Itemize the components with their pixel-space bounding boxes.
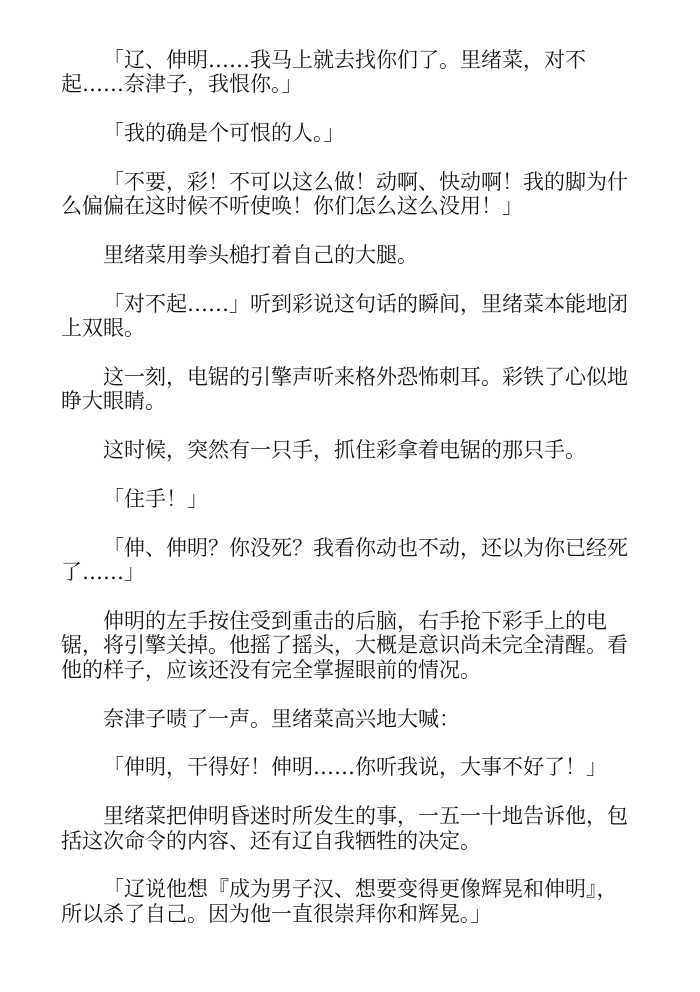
text-line: 「伸、伸明？你没死？我看你动也不动，还以为你已经死 bbox=[61, 536, 661, 560]
paragraph-dialogue: 「辽、伸明……我马上就去找你们了。里绪菜，对不 起……奈津子，我恨你。」 bbox=[61, 48, 661, 97]
paragraph-narration: 里绪菜把伸明昏迷时所发生的事，一五一十地告诉他，包 括这次命令的内容、还有辽自我… bbox=[61, 804, 661, 853]
text-line: 起……奈津子，我恨你。」 bbox=[61, 72, 661, 96]
text-line: 「不要，彩！不可以这么做！动啊、快动啊！我的脚为什 bbox=[61, 170, 661, 194]
paragraph-dialogue: 「不要，彩！不可以这么做！动啊、快动啊！我的脚为什 么偏偏在这时候不听使唤！你们… bbox=[61, 170, 661, 219]
text-line: 「辽说他想『成为男子汉、想要变得更像辉晃和伸明』， bbox=[61, 877, 661, 901]
paragraph-dialogue: 「我的确是个可恨的人。」 bbox=[61, 121, 661, 145]
document-page: 「辽、伸明……我马上就去找你们了。里绪菜，对不 起……奈津子，我恨你。」 「我的… bbox=[61, 48, 661, 950]
text-line: 括这次命令的内容、还有辽自我牺牲的决定。 bbox=[61, 829, 661, 853]
text-line: 伸明的左手按住受到重击的后脑，右手抢下彩手上的电 bbox=[61, 609, 661, 633]
text-line: 里绪菜用拳头槌打着自己的大腿。 bbox=[61, 243, 661, 267]
paragraph-dialogue: 「伸、伸明？你没死？我看你动也不动，还以为你已经死 了……」 bbox=[61, 536, 661, 585]
paragraph-mixed: 「对不起……」听到彩说这句话的瞬间，里绪菜本能地闭 上双眼。 bbox=[61, 292, 661, 341]
paragraph-narration: 奈津子啧了一声。里绪菜高兴地大喊： bbox=[61, 707, 661, 731]
paragraph-dialogue: 「住手！」 bbox=[61, 487, 661, 511]
paragraph-narration: 伸明的左手按住受到重击的后脑，右手抢下彩手上的电 锯，将引擎关掉。他摇了摇头，大… bbox=[61, 609, 661, 682]
text-line: 「对不起……」听到彩说这句话的瞬间，里绪菜本能地闭 bbox=[61, 292, 661, 316]
text-line: 这一刻，电锯的引擎声听来格外恐怖刺耳。彩铁了心似地 bbox=[61, 365, 661, 389]
text-line: 「住手！」 bbox=[61, 487, 661, 511]
text-line: 奈津子啧了一声。里绪菜高兴地大喊： bbox=[61, 707, 661, 731]
text-line: 睁大眼睛。 bbox=[61, 389, 661, 413]
text-line: 里绪菜把伸明昏迷时所发生的事，一五一十地告诉他，包 bbox=[61, 804, 661, 828]
text-line: 锯，将引擎关掉。他摇了摇头，大概是意识尚未完全清醒。看 bbox=[61, 633, 661, 657]
paragraph-narration: 这一刻，电锯的引擎声听来格外恐怖刺耳。彩铁了心似地 睁大眼睛。 bbox=[61, 365, 661, 414]
text-line: 他的样子，应该还没有完全掌握眼前的情况。 bbox=[61, 658, 661, 682]
text-line: 「伸明，干得好！伸明……你听我说，大事不好了！」 bbox=[61, 755, 661, 779]
text-line: 上双眼。 bbox=[61, 316, 661, 340]
paragraph-narration: 这时候，突然有一只手，抓住彩拿着电锯的那只手。 bbox=[61, 438, 661, 462]
text-line: 所以杀了自己。因为他一直很崇拜你和辉晃。」 bbox=[61, 902, 661, 926]
text-line: 「我的确是个可恨的人。」 bbox=[61, 121, 661, 145]
text-line: 这时候，突然有一只手，抓住彩拿着电锯的那只手。 bbox=[61, 438, 661, 462]
paragraph-narration: 里绪菜用拳头槌打着自己的大腿。 bbox=[61, 243, 661, 267]
paragraph-dialogue: 「辽说他想『成为男子汉、想要变得更像辉晃和伸明』， 所以杀了自己。因为他一直很崇… bbox=[61, 877, 661, 926]
text-line: 了……」 bbox=[61, 560, 661, 584]
paragraph-dialogue: 「伸明，干得好！伸明……你听我说，大事不好了！」 bbox=[61, 755, 661, 779]
text-line: 「辽、伸明……我马上就去找你们了。里绪菜，对不 bbox=[61, 48, 661, 72]
text-line: 么偏偏在这时候不听使唤！你们怎么这么没用！」 bbox=[61, 194, 661, 218]
